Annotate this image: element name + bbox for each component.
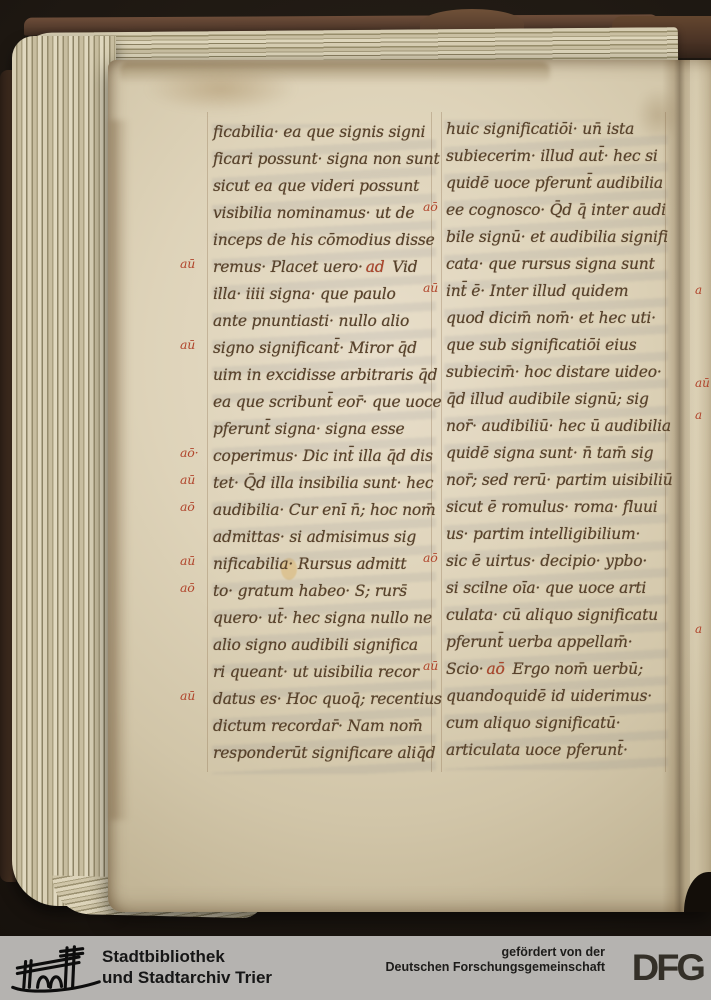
manuscript-line: quod dicim̄ nom̄· et hec uti· [446,305,673,332]
manuscript-line: aōto· gratum habeo· S; rurs̄ [213,578,442,605]
manuscript-line: ri queant· ut uisibilia recor [213,659,442,686]
manuscript-line: us· partim intelligibilium· [446,521,673,548]
manuscript-line: ficari possunt· signa non sunt [213,146,442,173]
manuscript-line: nor̄· audibiliū· hec ū audibilia [446,413,673,440]
speaker-rubric: aū [180,474,195,487]
manuscript-line: ante pnuntiasti· nullo alio [213,308,442,335]
manuscript-line: dictum recordar̄· Nam nom̄ [213,713,442,740]
facing-page-rubric: a [695,408,702,422]
speaker-rubric: aū [180,258,195,271]
stadtbibliothek-trier-logo-icon [10,940,102,996]
manuscript-line: que sub significatiōi eius [446,332,673,359]
inline-rubric: aō [484,660,508,678]
library-name-line2: und Stadtarchiv Trier [102,967,272,988]
facing-page-rubric: a [695,622,702,636]
manuscript-line: illa· iiii signa· que paulo [213,281,442,308]
manuscript-line: quidē signa sunt· n̄ tam̄ sig [446,440,673,467]
speaker-rubric: aō· [180,447,198,460]
manuscript-line: pferunt̄ uerba appellam̄· [446,629,673,656]
speaker-rubric: aō [423,552,438,565]
speaker-rubric: aō [423,201,438,214]
ruling-line [207,112,208,772]
manuscript-line: quandoquidē id uiderimus· [446,683,673,710]
speaker-rubric: aū [423,660,438,673]
dfg-logo: DFG [632,943,703,994]
manuscript-line: pferunt̄ signa· signa esse [213,416,442,443]
speaker-rubric: aū [180,690,195,703]
manuscript-line: cata· que rursus signa sunt [446,251,673,278]
manuscript-line: aūsigno significant̄· Miror q̄d [213,335,442,362]
speaker-rubric: aū [180,339,195,352]
manuscript-line: aōsic ē uirtus· decipio· ypbo· [446,548,673,575]
funding-credit: gefördert von der Deutschen Forschungsge… [386,945,606,975]
manuscript-line: articulata uoce pferunt̄· [446,737,673,764]
funding-credit-line2: Deutschen Forschungsgemeinschaft [386,960,606,975]
manuscript-line: si scilne oīa· que uoce arti [446,575,673,602]
manuscript-line: inceps de his cōmodius disse [213,227,442,254]
manuscript-line: aūint̄ ē· Inter illud quidem [446,278,673,305]
funding-credit-line1: gefördert von der [386,945,606,960]
manuscript-line: q̄d illud audibile signū; sig [446,386,673,413]
manuscript-line: cum aliquo significatū· [446,710,673,737]
manuscript-scan-photo: ficabilia· ea que signis significari pos… [0,0,711,1000]
speaker-rubric: aō [180,582,195,595]
library-name: Stadtbibliothek und Stadtarchiv Trier [102,946,272,988]
speaker-rubric: aū [180,555,195,568]
manuscript-line: admittas· si admisimus sig [213,524,442,551]
inline-rubric: ad [363,258,388,276]
facing-page-sliver [690,60,711,912]
manuscript-line: quidē uoce pferunt̄ audibilia [446,170,673,197]
manuscript-line: visibilia nominamus· ut de [213,200,442,227]
page-stack-left-edges [12,36,116,906]
manuscript-line: subiecerim· illud aut̄· hec si [446,143,673,170]
manuscript-line: bile signū· et audibilia signifi [446,224,673,251]
speaker-rubric: aū [423,282,438,295]
manuscript-line: huic significatiōi· un̄ ista [446,116,673,143]
manuscript-line: sicut ē romulus· roma· fluui [446,494,673,521]
manuscript-line: quero· ut̄· hec signa nullo ne [213,605,442,632]
manuscript-line: aōaudibilia· Cur enī n̄; hoc nom̄ [213,497,442,524]
manuscript-line: ea que scribunt̄ eor̄· que uoce [213,389,442,416]
manuscript-line: subiecim̄· hoc distare uideo· [446,359,673,386]
manuscript-line: nor̄; sed rerū· partim uisibiliū [446,467,673,494]
facing-page-rubric: a [695,283,702,297]
manuscript-line: aūtet· Q̄d illa insibilia sunt· hec [213,470,442,497]
manuscript-line: alio signo audibili significa [213,632,442,659]
manuscript-line: aōee cognosco· Q̄d q̄ inter audi [446,197,673,224]
manuscript-line: aūnificabilia· Rursus admitt [213,551,442,578]
left-text-column: ficabilia· ea que signis significari pos… [213,119,442,767]
library-name-line1: Stadtbibliothek [102,946,272,967]
right-text-column: huic significatiōi· un̄ istasubiecerim· … [446,116,673,764]
manuscript-line: aūdatus es· Hoc quoq̄; recentius [213,686,442,713]
footer-banner: Stadtbibliothek und Stadtarchiv Trier ge… [0,936,711,1000]
manuscript-line: culata· cū aliquo significatu [446,602,673,629]
manuscript-line: aō·coperimus· Dic int̄ illa q̄d dis [213,443,442,470]
manuscript-line: ficabilia· ea que signis signi [213,119,442,146]
manuscript-line: sicut ea que videri possunt [213,173,442,200]
facing-page-rubric: aū [695,376,710,390]
manuscript-line: aūremus· Placet uero·ad Vid [213,254,442,281]
manuscript-line: uim in excidisse arbitraris q̄d [213,362,442,389]
speaker-rubric: aō [180,501,195,514]
manuscript-line: aūScio·aō Ergo nom̄ uerbū; [446,656,673,683]
manuscript-line: responderūt significare aliq̄d [213,740,442,767]
